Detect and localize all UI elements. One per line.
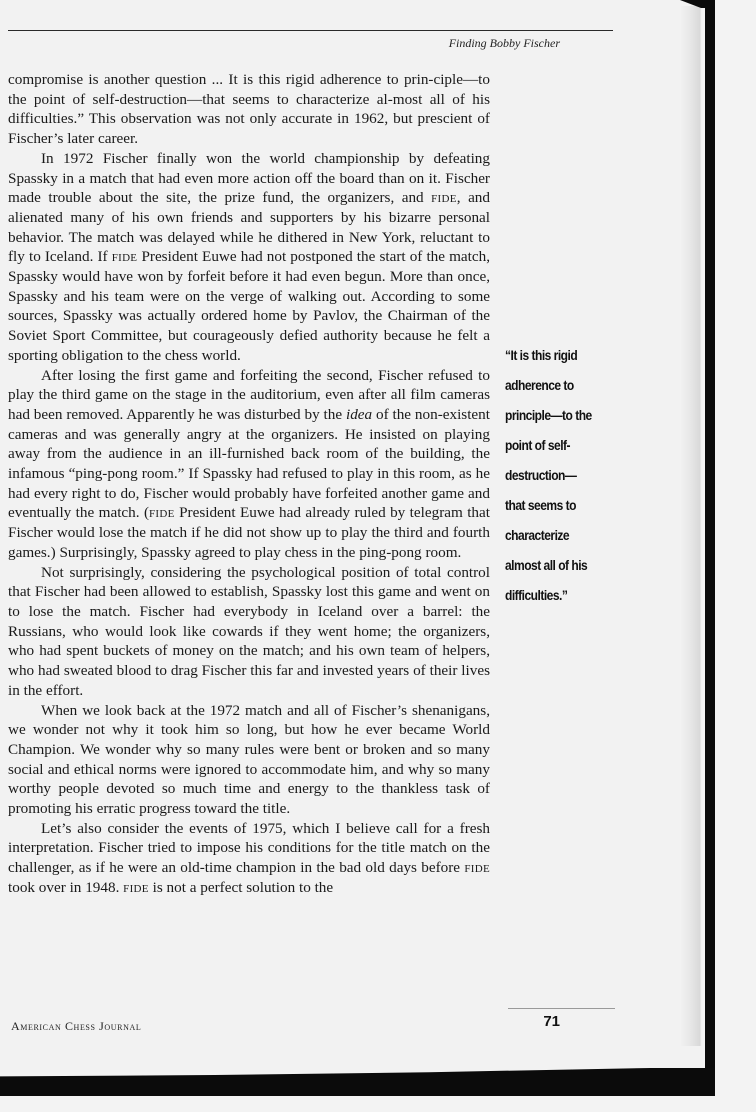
- pull-quote-line: adherence to: [505, 370, 608, 400]
- pull-quote-line: almost all of his: [505, 550, 608, 580]
- pull-quote-line: point of self-: [505, 430, 608, 460]
- page-number: 71: [543, 1013, 560, 1030]
- page-edge-shading: [680, 6, 702, 1046]
- paragraph: Not surprisingly, considering the psycho…: [8, 563, 490, 701]
- small-caps-acronym: FIDE: [112, 248, 138, 265]
- paragraph: compromise is another question ... It is…: [8, 70, 490, 149]
- small-caps-acronym: FIDE: [431, 189, 457, 206]
- small-caps-acronym: FIDE: [123, 879, 149, 896]
- body-text: compromise is another question ... It is…: [8, 70, 490, 898]
- footer-rule: [508, 1008, 615, 1009]
- running-head: Finding Bobby Fischer: [449, 36, 560, 51]
- paragraph: In 1972 Fischer finally won the world ch…: [8, 149, 490, 366]
- paragraph: When we look back at the 1972 match and …: [8, 701, 490, 819]
- pull-quote: “It is this rigid adherence to principle…: [505, 340, 608, 610]
- small-caps-acronym: FIDE: [149, 504, 175, 521]
- paragraph: Let’s also consider the events of 1975, …: [8, 819, 490, 898]
- scan-border-right: [705, 0, 715, 1075]
- scan-border-bottom: [0, 1068, 715, 1096]
- pull-quote-line: “It is this rigid: [505, 340, 608, 370]
- book-page: Finding Bobby Fischer compromise is anot…: [0, 0, 703, 1072]
- header-rule: [8, 30, 613, 31]
- pull-quote-line: destruction—: [505, 460, 608, 490]
- pull-quote-line: characterize: [505, 520, 608, 550]
- emphasis: idea: [346, 406, 372, 423]
- small-caps-acronym: FIDE: [464, 859, 490, 876]
- pull-quote-line: that seems to: [505, 490, 608, 520]
- pull-quote-line: principle—to the: [505, 400, 608, 430]
- pull-quote-line: difficulties.”: [505, 580, 608, 610]
- paragraph: After losing the first game and forfeiti…: [8, 366, 490, 563]
- journal-title: American Chess Journal: [11, 1019, 141, 1034]
